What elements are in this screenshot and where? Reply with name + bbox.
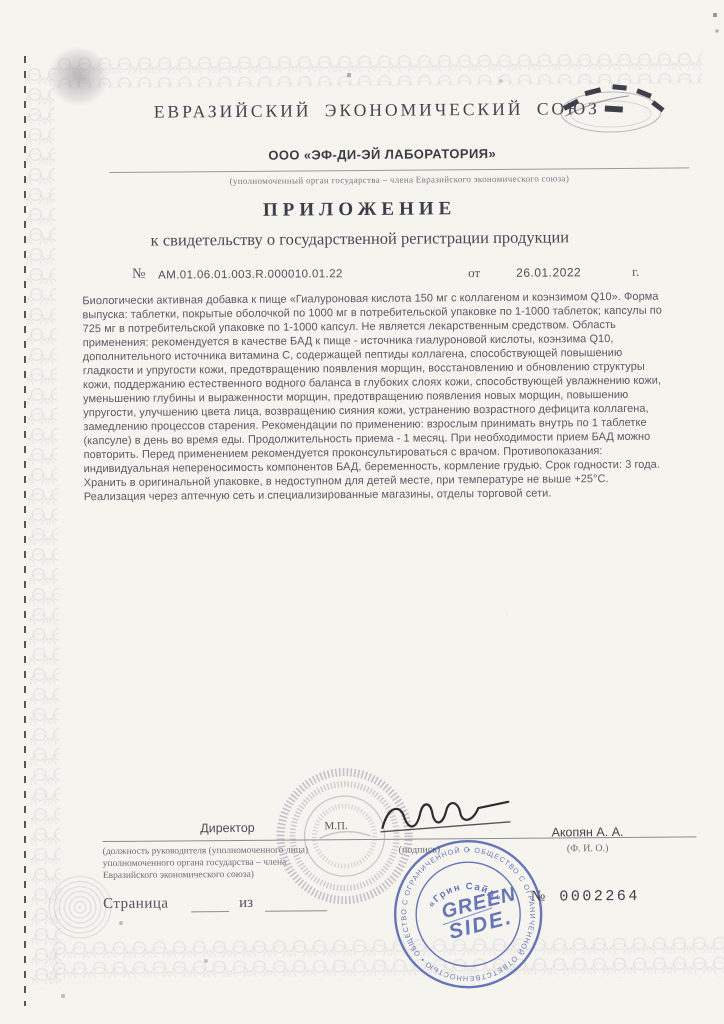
of-label: из: [239, 895, 253, 912]
scan-smudge: [48, 48, 108, 104]
page-number-blank: [191, 911, 229, 912]
document-subtitle: к свидетельству о государственной регист…: [80, 227, 640, 251]
product-description-text: Биологически активная добавка к пище «Ги…: [82, 290, 666, 505]
scan-speckles: [0, 0, 2, 2]
document-title: ПРИЛОЖЕНИЕ: [110, 197, 610, 223]
organization-name: ООО «ЭФ-ДИ-ЭЙ ЛАБОРАТОРИЯ»: [147, 145, 617, 164]
registration-number: AM.01.06.01.003.R.000010.01.22: [158, 268, 343, 281]
registration-date: 26.01.2022: [516, 265, 581, 280]
organization-caption: (уполномоченный орган государства – член…: [109, 172, 689, 187]
form-serial-number: № 0002264: [531, 887, 640, 906]
certificate-content: ЕВРАЗИЙСКИЙ ЭКОНОМИЧЕСКИЙ СОЮЗ ООО «ЭФ-Д…: [0, 0, 724, 1024]
page-label: Страница: [103, 896, 169, 914]
guilloche-border-bottom: [49, 933, 724, 982]
guilloche-border-left: [24, 64, 61, 988]
date-preposition: от: [468, 265, 480, 281]
scanned-certificate-page: ЕВРАЗИЙСКИЙ ЭКОНОМИЧЕСКИЙ СОЮЗ ООО «ЭФ-Д…: [0, 0, 724, 1024]
eaeu-emblem-icon: [555, 82, 667, 143]
serial-number-sign: №: [531, 889, 545, 905]
total-pages-blank: [265, 910, 327, 911]
year-suffix: г.: [632, 264, 639, 280]
green-side-stamp-icon: • ОБЩЕСТВО С ОГРАНИЧЕННОЙ ОТВЕТСТВЕННОСТ…: [388, 834, 549, 995]
serial-number-value: 0002264: [559, 888, 640, 906]
number-sign: №: [132, 267, 145, 283]
